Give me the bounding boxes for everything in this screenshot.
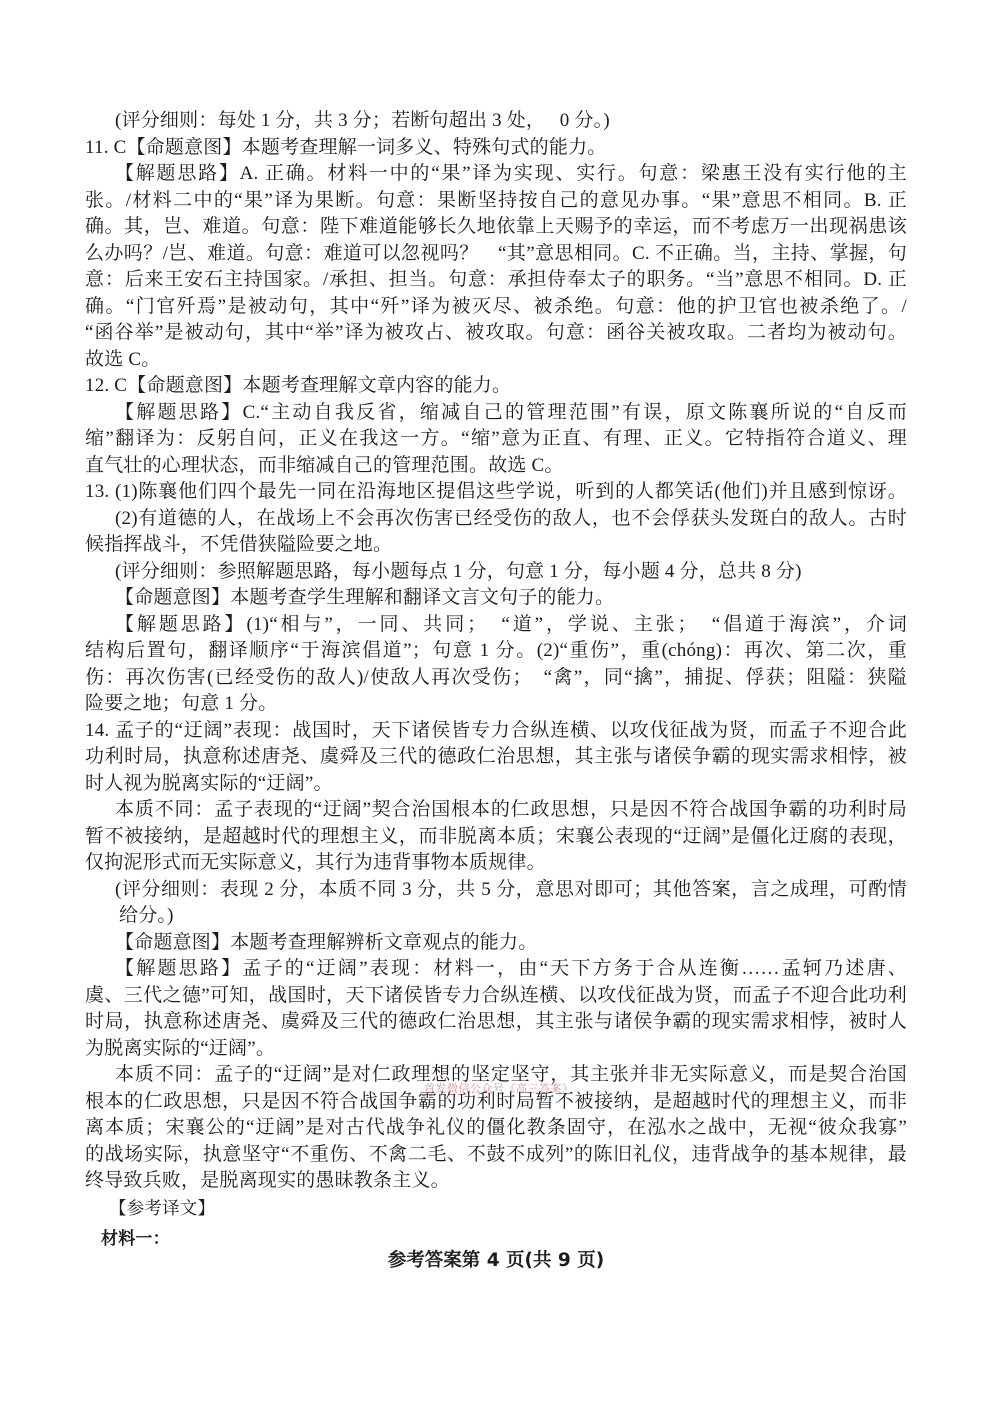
text-line: 功利时局，执意称述唐尧、虞舜及三代的德政仁治思想，其主张与诸侯争霸的现实需求相悖… [85, 744, 907, 771]
text-line: “函谷举”是被动句，其中“举”译为被攻占、被攻取。句意：函谷关被攻取。二者均为被… [85, 320, 907, 347]
text-line: (评分细则：每处 1 分，共 3 分；若断句超出 3 处， 0 分。) [85, 108, 907, 135]
text-line: 【解题思路】C.“主动自我反省，缩减自己的管理范围”有误，原文陈襄所说的“自反而 [85, 400, 907, 427]
text-line: 11. C【命题意图】本题考查理解一词多义、特殊句式的能力。 [85, 135, 907, 162]
text-line: 险要之地；句意 1 分。 [85, 691, 907, 718]
text-line: 的战场实际，执意坚守“不重伤、不禽二毛、不鼓不成列”的陈旧礼仪，违背战争的基本规… [85, 1142, 907, 1169]
text-line: 【解题思路】A. 正确。材料一中的“果”译为实现、实行。句意：梁惠王没有实行他的… [85, 161, 907, 188]
text-line: 确。其，岂、难道。句意：陛下难道能够长久地依靠上天赐予的幸运，而不考虑万一出现祸… [85, 214, 907, 241]
text-line: 离本质；宋襄公的“迂阔”是对古代战争礼仪的僵化教条固守，在泓水之战中，无视“彼众… [85, 1115, 907, 1142]
text-line: 候指挥战斗，不凭借狭隘险要之地。 [85, 532, 907, 559]
text-line: 【命题意图】本题考查学生理解和翻译文言文句子的能力。 [85, 585, 907, 612]
page-footer: 参考答案第 4 页(共 9 页) [0, 1246, 992, 1272]
text-line: 【解题思路】(1)“相与”，一同、共同； “道”，学说、主张； “倡道于海滨”，… [85, 612, 907, 639]
text-line: 本质不同：孟子表现的“迂阔”契合治国根本的仁政思想，只是因不符合战国争霸的功利时… [85, 797, 907, 824]
text-line: 13. (1)陈襄他们四个最先一同在沿海地区提倡这些学说，听到的人都笑话(他们)… [85, 479, 907, 506]
text-line: 给分。) [85, 903, 907, 930]
text-line: (评分细则：表现 2 分，本质不同 3 分，共 5 分，意思对即可；其他答案，言… [85, 877, 907, 904]
text-line: 张。/材料二中的“果”译为果断。句意：果断坚持按自己的意见办事。“果”意思不相同… [85, 188, 907, 215]
text-line: 结构后置句，翻译顺序“于海滨倡道”；句意 1 分。(2)“重伤”，重(chóng… [85, 638, 907, 665]
watermark: 首发微信公众号《高三答案》 [424, 1080, 574, 1096]
answer-sheet-page: (评分细则：每处 1 分，共 3 分；若断句超出 3 处， 0 分。) 11. … [0, 0, 992, 1403]
text-line: 虞、三代之德”可知，战国时，天下诸侯皆专力合纵连横、以攻伐征战为贤，而孟子不迎合… [85, 983, 907, 1010]
text-line: 14. 孟子的“迂阔”表现：战国时，天下诸侯皆专力合纵连横、以攻伐征战为贤，而孟… [85, 718, 907, 745]
text-line: 么办吗？/岂、难道。句意：难道可以忽视吗？ “其”意思相同。C. 不正确。当，主… [85, 241, 907, 268]
text-line: 意：后来王安石主持国家。/承担、担当。句意：承担侍奉太子的职务。“当”意思不相同… [85, 267, 907, 294]
text-line: 终导致兵败，是脱离现实的愚昧教条主义。 [85, 1168, 907, 1195]
reference-translation-heading: 【参考译文】 [85, 1195, 907, 1222]
text-line: 伤：再次伤害(已经受伤的敌人)/使敌人再次受伤； “禽”，同“擒”，捕捉、俘获；… [85, 665, 907, 692]
text-line: 为脱离实际的“迂阔”。 [85, 1036, 907, 1063]
text-line: 时局，执意称述唐尧、虞舜及三代的德政仁治思想，其主张与诸侯争霸的现实需求相悖，被… [85, 1009, 907, 1036]
text-line: 【命题意图】本题考查理解辨析文章观点的能力。 [85, 930, 907, 957]
text-line: 故选 C。 [85, 347, 907, 374]
text-line: 直气壮的心理状态，而非缩减自己的管理范围。故选 C。 [85, 453, 907, 480]
text-line: (2)有道德的人，在战场上不会再次伤害已经受伤的敌人，也不会俘获头发斑白的敌人。… [85, 506, 907, 533]
text-line: 时人视为脱离实际的“迂阔”。 [85, 771, 907, 798]
text-line: 12. C【命题意图】本题考查理解文章内容的能力。 [85, 373, 907, 400]
text-line: 暂不被接纳，是超越时代的理想主义，而非脱离本质；宋襄公表现的“迂阔”是僵化迂腐的… [85, 824, 907, 851]
text-line: (评分细则：参照解题思路，每小题每点 1 分，句意 1 分，每小题 4 分，总共… [85, 559, 907, 586]
text-line: 仅拘泥形式而无实际意义，其行为违背事物本质规律。 [85, 850, 907, 877]
text-line: 确。“门官歼焉”是被动句，其中“歼”译为被灭尽、被杀绝。句意：他的护卫官也被杀绝… [85, 294, 907, 321]
text-line: 【解题思路】孟子的“迂阔”表现：材料一，由“天下方务于合从连衡……孟轲乃述唐、 [85, 956, 907, 983]
text-line: 缩”翻译为：反躬自问，正义在我这一方。“缩”意为正直、有理、正义。它特指符合道义… [85, 426, 907, 453]
